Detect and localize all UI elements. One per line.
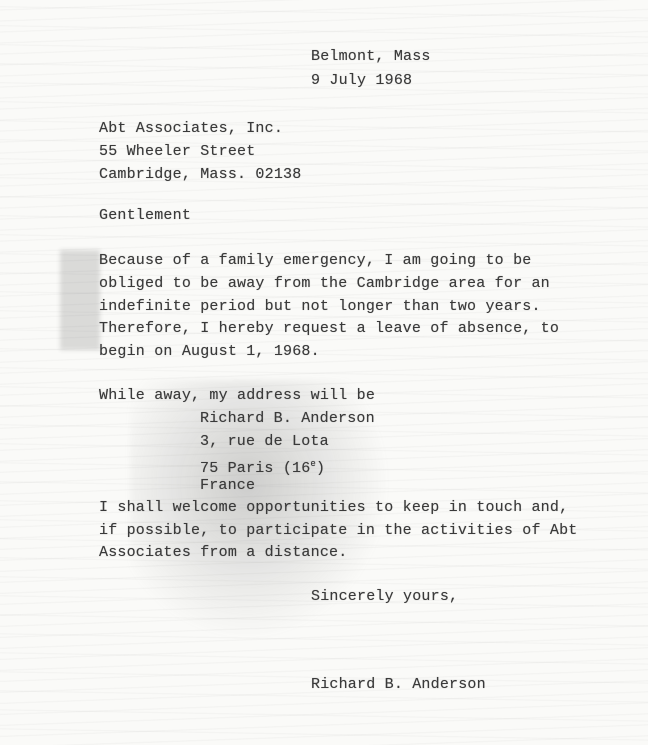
recipient-city: Cambridge, Mass. 02138 <box>99 166 301 184</box>
paragraph-line: I shall welcome opportunities to keep in… <box>99 499 568 517</box>
paragraph-line: Therefore, I hereby request a leave of a… <box>99 320 559 338</box>
date-line: 9 July 1968 <box>311 72 412 90</box>
closing: Sincerely yours, <box>311 588 458 606</box>
paragraph-line: Associates from a distance. <box>99 544 347 562</box>
salutation: Gentlement <box>99 207 191 225</box>
address-country: France <box>200 477 255 495</box>
paragraph-line: obliged to be away from the Cambridge ar… <box>99 275 550 293</box>
signature: Richard B. Anderson <box>311 676 486 694</box>
address-city: 75 Paris (16e) <box>200 455 325 478</box>
paragraph-line: begin on August 1, 1968. <box>99 343 320 361</box>
address-street: 3, rue de Lota <box>200 433 329 451</box>
place-line: Belmont, Mass <box>311 48 431 66</box>
recipient-street: 55 Wheeler Street <box>99 143 255 161</box>
address-intro: While away, my address will be <box>99 387 375 405</box>
recipient-name: Abt Associates, Inc. <box>99 120 283 138</box>
address-name: Richard B. Anderson <box>200 410 375 428</box>
paragraph-line: indefinite period but not longer than tw… <box>99 298 541 316</box>
paragraph-line: if possible, to participate in the activ… <box>99 522 577 540</box>
paragraph-line: Because of a family emergency, I am goin… <box>99 252 531 270</box>
ink-smudge-left <box>60 250 100 350</box>
